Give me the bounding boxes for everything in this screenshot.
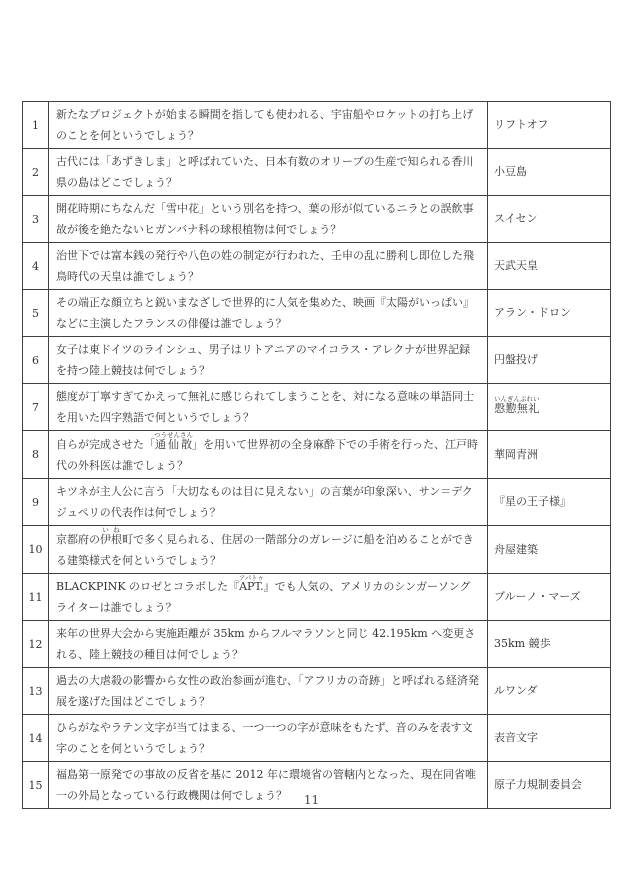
table-row: 13過去の大虐殺の影響から女性の政治参画が進む、「アフリカの奇跡」と呼ばれる経済… bbox=[23, 668, 611, 715]
table-row: 1新たなプロジェクトが始まる瞬間を指しても使われる、宇宙船やロケットの打ち上げの… bbox=[23, 102, 611, 149]
table-row: 9キツネが主人公に言う「大切なものは目に見えない」の言葉が印象深い、サン＝デクジ… bbox=[23, 479, 611, 526]
row-number: 7 bbox=[23, 384, 49, 431]
row-number: 12 bbox=[23, 621, 49, 668]
row-number: 2 bbox=[23, 149, 49, 196]
answer-cell: ルワンダ bbox=[488, 668, 611, 715]
question-cell: 京都府の伊根いね町で多く見られる、住居の一階部分のガレージに船を泊めることができ… bbox=[49, 526, 488, 574]
page-number: 11 bbox=[0, 793, 623, 807]
table-row: 11BLACKPINK のロゼとコラボした『APT.アパトゥ』でも人気の、アメリ… bbox=[23, 574, 611, 621]
table-row: 2古代には「あずきしま」と呼ばれていた、日本有数のオリーブの生産で知られる香川県… bbox=[23, 149, 611, 196]
quiz-table: 1新たなプロジェクトが始まる瞬間を指しても使われる、宇宙船やロケットの打ち上げの… bbox=[22, 101, 611, 809]
table-row: 4治世下では富本銭の発行や八色の姓の制定が行われた、壬申の乱に勝利し即位した飛鳥… bbox=[23, 243, 611, 290]
ruby-annotated-text: 伊根いね bbox=[100, 533, 122, 546]
answer-cell: ブルーノ・マーズ bbox=[488, 574, 611, 621]
row-number: 5 bbox=[23, 290, 49, 337]
row-number: 14 bbox=[23, 715, 49, 762]
row-number: 1 bbox=[23, 102, 49, 149]
document-page: { "page": { "number": "11" }, "table": {… bbox=[0, 0, 623, 879]
table-row: 10京都府の伊根いね町で多く見られる、住居の一階部分のガレージに船を泊めることが… bbox=[23, 526, 611, 574]
answer-cell: 円盤投げ bbox=[488, 337, 611, 384]
question-cell: 自らが完成させた「通仙散つうせんさん」を用いて世界初の全身麻酔下での手術を行った… bbox=[49, 431, 488, 479]
row-number: 8 bbox=[23, 431, 49, 479]
answer-cell: 天武天皇 bbox=[488, 243, 611, 290]
question-cell: その端正な顔立ちと鋭いまなざしで世界的に人気を集めた、映画『太陽がいっぱい』など… bbox=[49, 290, 488, 337]
question-cell: キツネが主人公に言う「大切なものは目に見えない」の言葉が印象深い、サン＝デクジュ… bbox=[49, 479, 488, 526]
answer-cell: 舟屋建築 bbox=[488, 526, 611, 574]
question-cell: 態度が丁寧すぎてかえって無礼に感じられてしまうことを、対になる意味の単語同士を用… bbox=[49, 384, 488, 431]
ruby-annotated-text: APT.アパトゥ bbox=[239, 580, 264, 593]
ruby-annotated-text: 通仙散つうせんさん bbox=[155, 438, 192, 451]
question-cell: 治世下では富本銭の発行や八色の姓の制定が行われた、壬申の乱に勝利し即位した飛鳥時… bbox=[49, 243, 488, 290]
answer-cell: 慇懃無礼いんぎんぶれい bbox=[488, 384, 611, 431]
row-number: 4 bbox=[23, 243, 49, 290]
question-cell: 女子は東ドイツのラインシュ、男子はリトアニアのマイコラス・アレクナが世界記録を持… bbox=[49, 337, 488, 384]
table-row: 14ひらがなやラテン文字が当てはまる、一つ一つの字が意味をもたず、音のみを表す文… bbox=[23, 715, 611, 762]
table-row: 5その端正な顔立ちと鋭いまなざしで世界的に人気を集めた、映画『太陽がいっぱい』な… bbox=[23, 290, 611, 337]
question-cell: 過去の大虐殺の影響から女性の政治参画が進む、「アフリカの奇跡」と呼ばれる経済発展… bbox=[49, 668, 488, 715]
answer-cell: アラン・ドロン bbox=[488, 290, 611, 337]
table-row: 7態度が丁寧すぎてかえって無礼に感じられてしまうことを、対になる意味の単語同士を… bbox=[23, 384, 611, 431]
answer-cell: 華岡青洲 bbox=[488, 431, 611, 479]
question-cell: 新たなプロジェクトが始まる瞬間を指しても使われる、宇宙船やロケットの打ち上げのこ… bbox=[49, 102, 488, 149]
table-row: 6女子は東ドイツのラインシュ、男子はリトアニアのマイコラス・アレクナが世界記録を… bbox=[23, 337, 611, 384]
row-number: 3 bbox=[23, 196, 49, 243]
answer-cell: スイセン bbox=[488, 196, 611, 243]
table-row: 3開花時期にちなんだ「雪中花」という別名を持つ、葉の形が似ているニラとの誤飲事故… bbox=[23, 196, 611, 243]
answer-cell: 表音文字 bbox=[488, 715, 611, 762]
row-number: 6 bbox=[23, 337, 49, 384]
table-row: 8自らが完成させた「通仙散つうせんさん」を用いて世界初の全身麻酔下での手術を行っ… bbox=[23, 431, 611, 479]
row-number: 11 bbox=[23, 574, 49, 621]
answer-cell: リフトオフ bbox=[488, 102, 611, 149]
ruby-annotated-text: 慇懃無礼いんぎんぶれい bbox=[494, 402, 540, 415]
answer-cell: 『星の王子様』 bbox=[488, 479, 611, 526]
question-cell: 来年の世界大会から実施距離が 35km からフルマラソンと同じ 42.195km… bbox=[49, 621, 488, 668]
table-row: 12来年の世界大会から実施距離が 35km からフルマラソンと同じ 42.195… bbox=[23, 621, 611, 668]
row-number: 10 bbox=[23, 526, 49, 574]
question-cell: ひらがなやラテン文字が当てはまる、一つ一つの字が意味をもたず、音のみを表す文字の… bbox=[49, 715, 488, 762]
answer-cell: 35km 競歩 bbox=[488, 621, 611, 668]
question-cell: 古代には「あずきしま」と呼ばれていた、日本有数のオリーブの生産で知られる香川県の… bbox=[49, 149, 488, 196]
question-cell: 開花時期にちなんだ「雪中花」という別名を持つ、葉の形が似ているニラとの誤飲事故が… bbox=[49, 196, 488, 243]
row-number: 9 bbox=[23, 479, 49, 526]
question-cell: BLACKPINK のロゼとコラボした『APT.アパトゥ』でも人気の、アメリカの… bbox=[49, 574, 488, 621]
row-number: 13 bbox=[23, 668, 49, 715]
answer-cell: 小豆島 bbox=[488, 149, 611, 196]
